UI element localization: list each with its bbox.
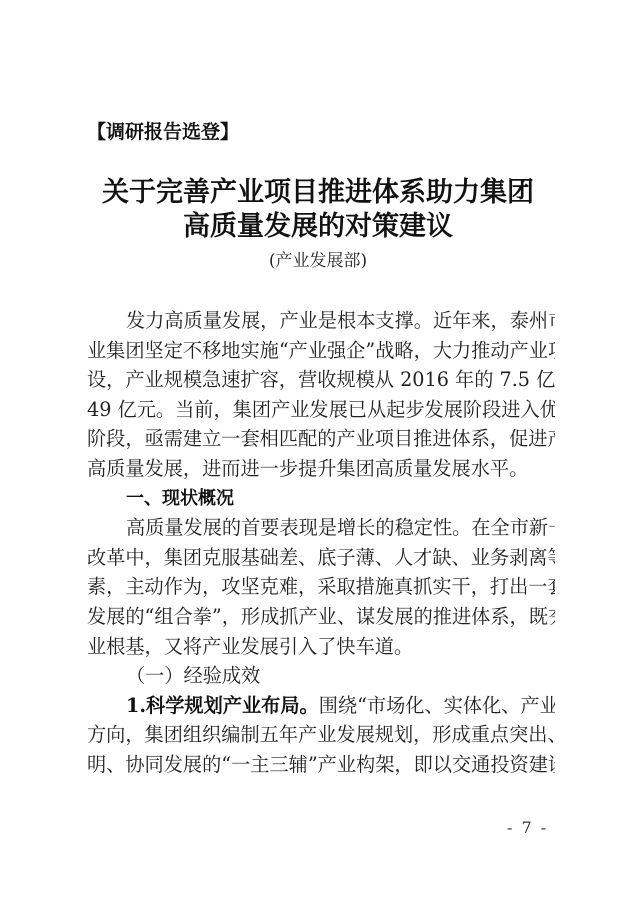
page-number: - 7 - (507, 818, 548, 837)
paragraph-line: 素，主动作为，攻坚克难，采取措施真抓实干，打出一套抓产业 (87, 572, 555, 602)
paragraph-line: 业根基，又将产业发展引入了快车道。 (87, 632, 555, 662)
paragraph-line: 改革中，集团克服基础差、底子薄、人才缺、业务剥离等不利因 (87, 543, 555, 573)
paragraph-line: 1.科学规划产业布局。围绕“市场化、实体化、产业化”改革 (87, 691, 555, 721)
paragraph-line: 发力高质量发展，产业是根本支撑。近年来，泰州市交通产 (87, 306, 555, 336)
paragraph-line: 明、协同发展的“一主三辅”产业构架，即以交通投资建设为主， (87, 750, 555, 780)
paragraph-line: 方向，集团组织编制五年产业发展规划，形成重点突出、特色鲜 (87, 720, 555, 750)
department-byline: (产业发展部) (0, 246, 636, 271)
column-tag: 【调研报告选登】 (87, 117, 239, 144)
paragraph-line: 发展的“组合拳”，形成抓产业、谋发展的推进体系，既夯实了产 (87, 602, 555, 632)
subsection-heading: （一）经验成效 (87, 661, 555, 691)
paragraph-line: 49 亿元。当前，集团产业发展已从起步发展阶段进入优化升级 (87, 395, 555, 425)
paragraph-line: 高质量发展的首要表现是增长的稳定性。在全市新一轮国企 (87, 513, 555, 543)
title-line-2: 高质量发展的对策建议 (0, 204, 636, 243)
bold-lead: 1.科学规划产业布局。 (126, 694, 319, 717)
paragraph-line: 设，产业规模急速扩容，营收规模从 2016 年的 7.5 亿元扩大到 (87, 365, 555, 395)
section-heading: 一、现状概况 (87, 484, 555, 514)
document-page: 【调研报告选登】 关于完善产业项目推进体系助力集团 高质量发展的对策建议 (产业… (0, 0, 636, 900)
paragraph-line: 阶段，亟需建立一套相匹配的产业项目推进体系，促进产业项目 (87, 424, 555, 454)
body-text: 发力高质量发展，产业是根本支撑。近年来，泰州市交通产 业集团坚定不移地实施“产业… (87, 306, 555, 780)
paragraph-line: 高质量发展，进而进一步提升集团高质量发展水平。 (87, 454, 555, 484)
paragraph-line: 业集团坚定不移地实施“产业强企”战略，大力推动产业项目建 (87, 336, 555, 366)
lead-continuation: 围绕“市场化、实体化、产业化”改革 (319, 694, 555, 717)
